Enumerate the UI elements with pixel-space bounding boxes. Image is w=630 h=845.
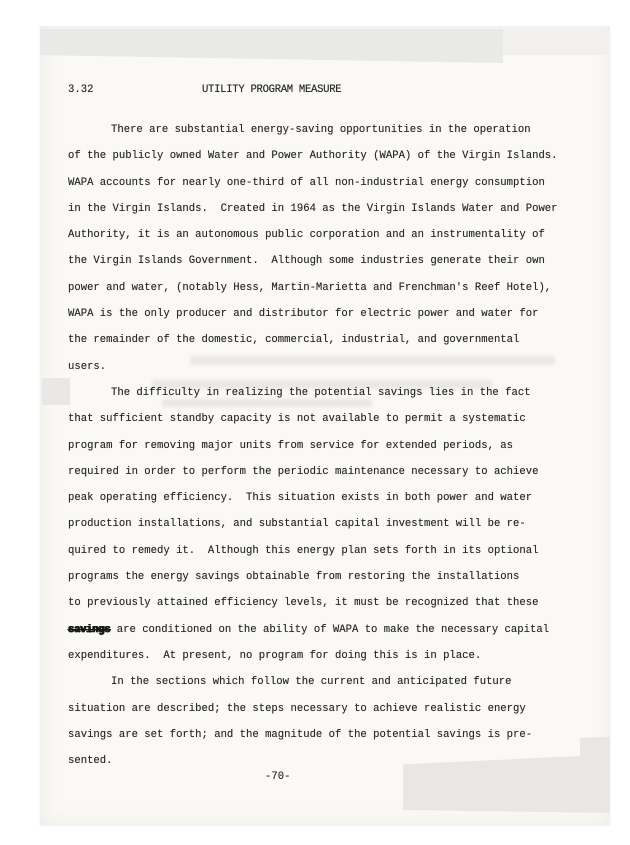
text-line: There are substantial energy-saving oppo…: [68, 122, 590, 148]
text-line: sented.: [68, 753, 590, 779]
section-number: 3.32: [68, 84, 93, 96]
text-line: savings are conditioned on the ability o…: [68, 622, 590, 648]
text-line: quired to remedy it. Although this energ…: [68, 543, 590, 569]
text-line: WAPA is the only producer and distributo…: [68, 306, 590, 332]
text-line: peak operating efficiency. This situatio…: [68, 490, 590, 516]
text-line: the Virgin Islands Government. Although …: [68, 253, 590, 279]
body-text: There are substantial energy-saving oppo…: [68, 122, 590, 779]
paragraph: The difficulty in realizing the potentia…: [68, 385, 590, 674]
text-line: WAPA accounts for nearly one-third of al…: [68, 175, 590, 201]
scan-smudge: [42, 378, 70, 405]
scanned-page: 3.32 UTILITY PROGRAM MEASURE There are s…: [40, 26, 610, 825]
text-line: savings are set forth; and the magnitude…: [68, 727, 590, 753]
text-line: program for removing major units from se…: [68, 438, 590, 464]
text-line: production installations, and substantia…: [68, 516, 590, 542]
page-title: UTILITY PROGRAM MEASURE: [202, 84, 341, 96]
text-line: required in order to perform the periodi…: [68, 464, 590, 490]
text-line: situation are described; the steps neces…: [68, 701, 590, 727]
text-line: In the sections which follow the current…: [68, 674, 590, 700]
text-line: Authority, it is an autonomous public co…: [68, 227, 590, 253]
text-line: users.: [68, 359, 590, 385]
text-line: power and water, (notably Hess, Martin-M…: [68, 280, 590, 306]
text-line: that sufficient standby capacity is not …: [68, 411, 590, 437]
text-line: programs the energy savings obtainable f…: [68, 569, 590, 595]
text-line: The difficulty in realizing the potentia…: [68, 385, 590, 411]
text-line: to previously attained efficiency levels…: [68, 595, 590, 621]
paragraph: There are substantial energy-saving oppo…: [68, 122, 590, 385]
page-number: -70-: [265, 771, 290, 783]
text-line: of the publicly owned Water and Power Au…: [68, 148, 590, 174]
text-line: the remainder of the domestic, commercia…: [68, 332, 590, 358]
paragraph: In the sections which follow the current…: [68, 674, 590, 779]
text-line: in the Virgin Islands. Created in 1964 a…: [68, 201, 590, 227]
scanner-shadow-top-right: [503, 29, 610, 55]
scanner-shadow-top: [40, 29, 503, 63]
overstruck-word: savings: [68, 624, 110, 636]
text-line: expenditures. At present, no program for…: [68, 648, 590, 674]
